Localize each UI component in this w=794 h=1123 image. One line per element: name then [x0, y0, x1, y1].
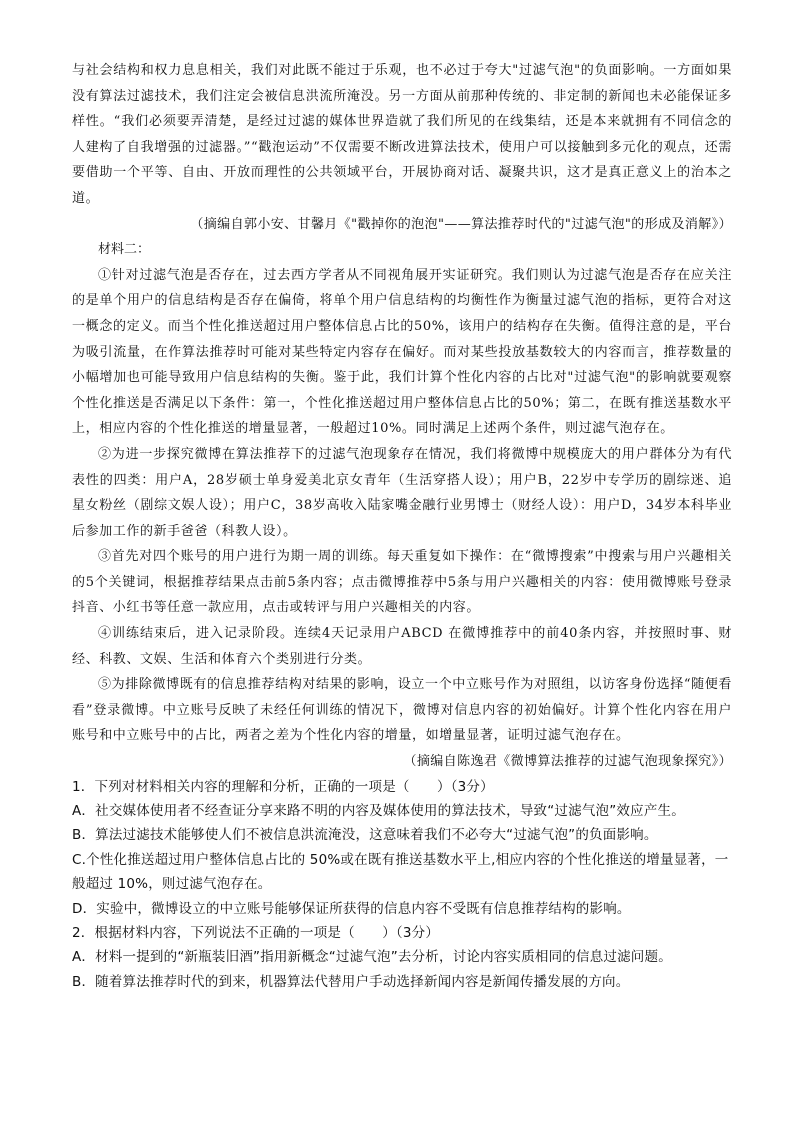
material2-paragraph-1: ①针对过滤气泡是否存在，过去西方学者从不同视角展开实证研究。我们则认为过滤气泡是… — [72, 263, 732, 442]
material1-tail-paragraph: 与社会结构和权力息息相关，我们对此既不能过于乐观，也不必过于夸大"过滤气泡"的负… — [72, 58, 732, 212]
material2-source-citation: （摘编自陈逸君《微博算法推荐的过滤气泡现象探究》） — [72, 749, 732, 775]
material2-paragraph-4: ④训练结束后，进入记录阶段。连续4天记录用户ABCD 在微博推荐中的前40条内容… — [72, 621, 732, 672]
questions-section: 1．下列对材料相关内容的理解和分析，正确的一项是（ ）（3分） A．社交媒体使用… — [72, 775, 732, 995]
material2-paragraph-2: ②为进一步探究微博在算法推荐下的过滤气泡现象存在情况，我们将微博中规模庞大的用户… — [72, 442, 732, 544]
material1-source-citation: （摘编自郭小安、甘馨月《"戳掉你的泡泡"——算法推荐时代的"过滤气泡"的形成及消… — [72, 212, 732, 238]
question-2-option-a: A．材料一提到的“新瓶装旧酒”指用新概念“过滤气泡”去分析，讨论内容实质相同的信… — [72, 945, 732, 969]
question-1-option-a: A．社交媒体使用者不经查证分享来路不明的内容及媒体使用的算法技术，导致“过滤气泡… — [72, 799, 732, 823]
material2-paragraph-5: ⑤为排除微博既有的信息推荐结构对结果的影响，设立一个中立账号作为对照组，以访客身… — [72, 672, 732, 749]
question-2-option-b: B．随着算法推荐时代的到来，机器算法代替用户手动选择新闻内容是新闻传播发展的方向… — [72, 970, 732, 994]
document-page: 与社会结构和权力息息相关，我们对此既不能过于乐观，也不必过于夸大"过滤气泡"的负… — [72, 58, 732, 994]
question-1-stem: 1．下列对材料相关内容的理解和分析，正确的一项是（ ）（3分） — [72, 775, 732, 799]
question-1-option-b: B．算法过滤技术能够使人们不被信息洪流淹没，这意味着我们不必夸大“过滤气泡”的负… — [72, 823, 732, 847]
question-1-option-d: D．实验中，微博设立的中立账号能够保证所获得的信息内容不受既有信息推荐结构的影响… — [72, 897, 732, 921]
question-1-option-c: C.个性化推送超过用户整体信息占比的 50%或在既有推送基数水平上,相应内容的个… — [72, 848, 732, 897]
material2-label: 材料二： — [72, 237, 732, 263]
material2-paragraph-3: ③首先对四个账号的用户进行为期一周的训练。每天重复如下操作：在“微博搜索”中搜索… — [72, 544, 732, 621]
question-2-stem: 2．根据材料内容，下列说法不正确的一项是（ ）（3分） — [72, 921, 732, 945]
